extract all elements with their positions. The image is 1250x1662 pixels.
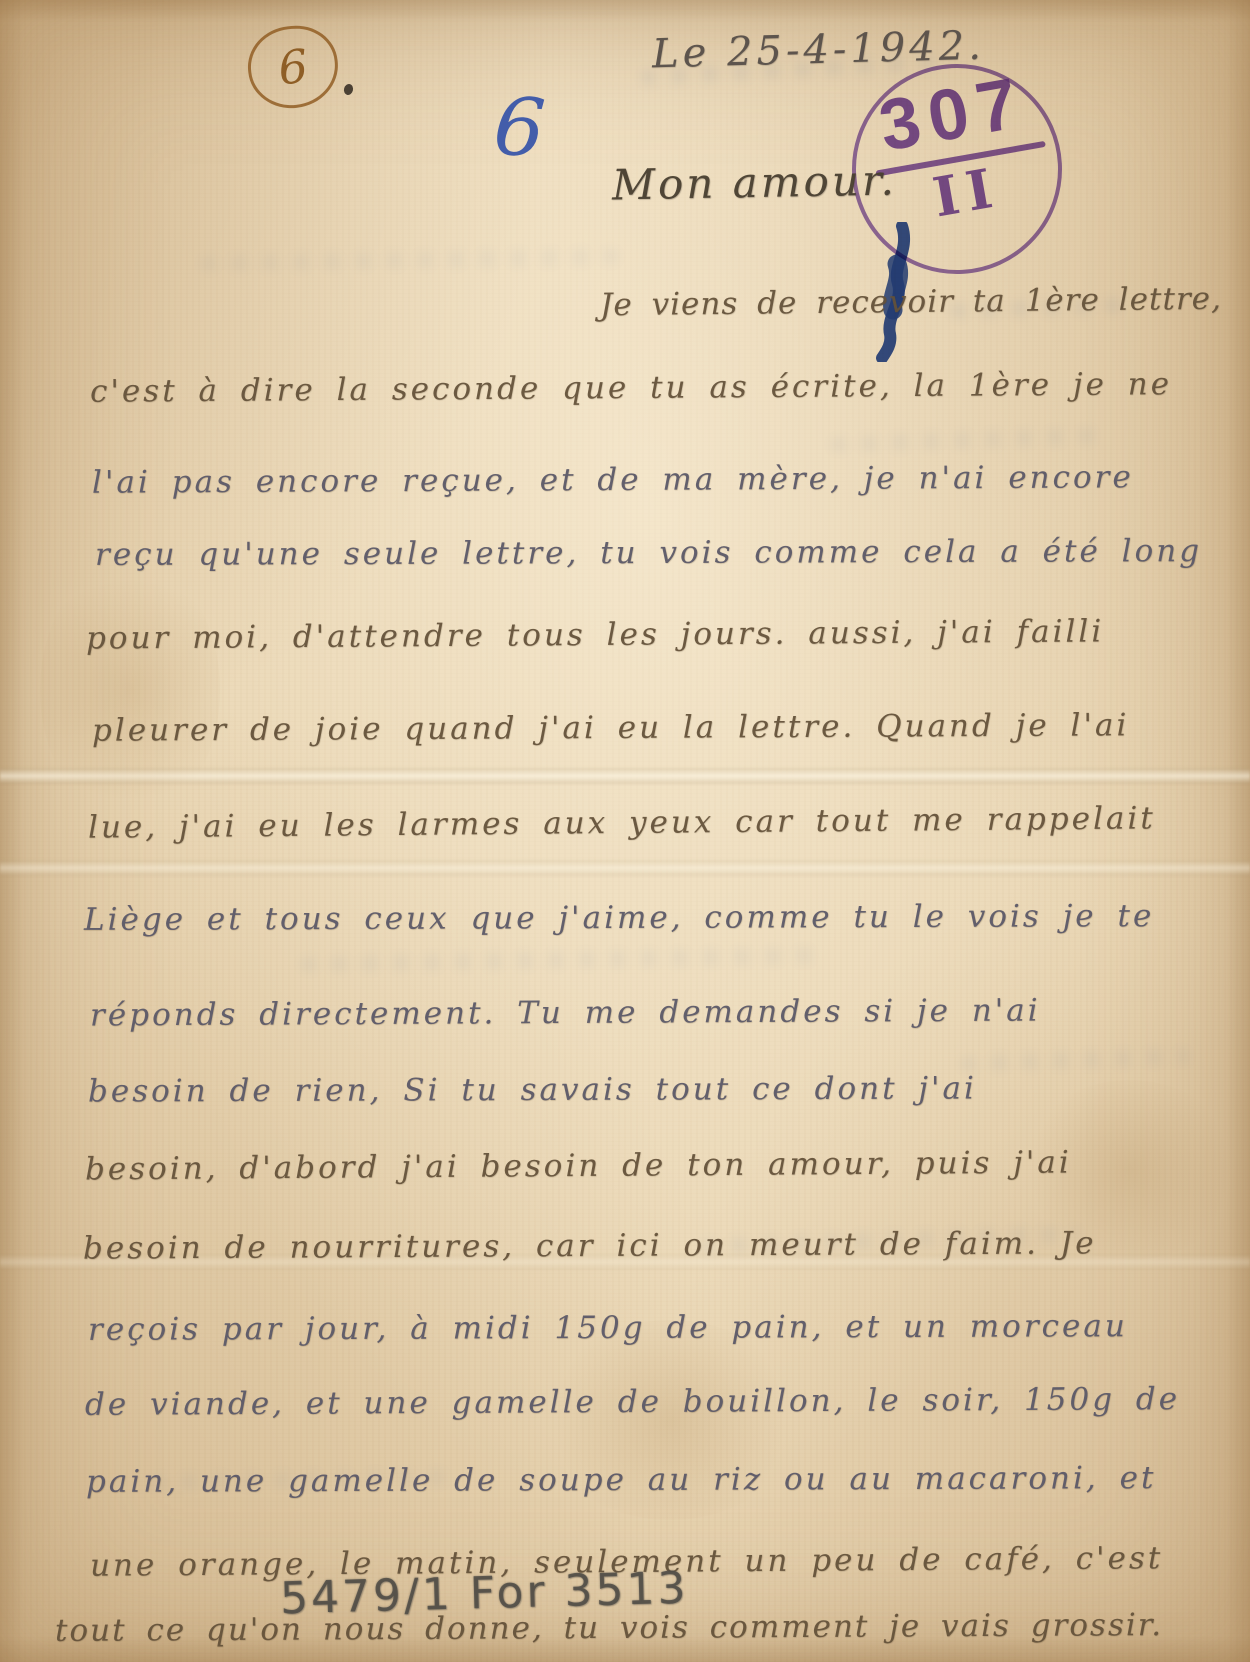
paper-crease [0, 860, 1250, 876]
handwriting-line: besoin de rien, Si tu savais tout ce don… [88, 1068, 977, 1111]
bleedthrough-mark [200, 248, 620, 271]
handwriting-line: Liège et tous ceux que j'aime, comme tu … [84, 896, 1154, 940]
handwriting-line: besoin, d'abord j'ai besoin de ton amour… [85, 1143, 1072, 1190]
handwriting-line: Je viens de recevoir ta 1ère lettre, [600, 279, 1222, 326]
archive-pencil-annotation: 5479/1 For 3513 [279, 1563, 689, 1625]
paper-stain [40, 560, 220, 820]
page-number-dot [343, 83, 355, 96]
handwriting-line: de viande, et une gamelle de bouillon, l… [85, 1379, 1180, 1425]
bleedthrough-mark [960, 1048, 1190, 1072]
stamp-number: 307 [846, 61, 1059, 167]
handwriting-line: besoin de nourritures, car ici on meurt … [83, 1223, 1097, 1269]
handwriting-line: c'est à dire la seconde que tu as écrite… [90, 364, 1172, 412]
bleedthrough-mark [300, 947, 820, 972]
handwriting-line: pain, une gamelle de soupe au riz ou au … [86, 1458, 1157, 1502]
handwriting-line: réponds directement. Tu me demandes si j… [90, 991, 1041, 1036]
handwriting-line: reçu qu'une seule lettre, tu vois comme … [95, 531, 1202, 575]
handwriting-line: pleurer de joie quand j'ai eu la lettre.… [92, 705, 1130, 751]
page-number-blue: 6 [491, 86, 547, 169]
letter-salutation: Mon amour. [612, 156, 898, 211]
page-number-circled-value: 6 [276, 39, 311, 96]
handwriting-line: l'ai pas encore reçue, et de ma mère, je… [92, 457, 1134, 503]
handwriting-line: pour moi, d'attendre tous les jours. aus… [86, 611, 1104, 658]
handwriting-line: lue, j'ai eu les larmes aux yeux car tou… [88, 798, 1156, 848]
handwriting-line: reçois par jour, à midi 150g de pain, et… [88, 1306, 1128, 1350]
bleedthrough-mark [830, 427, 1110, 453]
censor-stamp-fraction: 307 II [846, 61, 1072, 236]
handwritten-letter-page: 6 6 Le 25-4-1942. 307 II Mon amour. Je v… [0, 0, 1250, 1662]
page-number-circled: 6 [244, 22, 342, 113]
